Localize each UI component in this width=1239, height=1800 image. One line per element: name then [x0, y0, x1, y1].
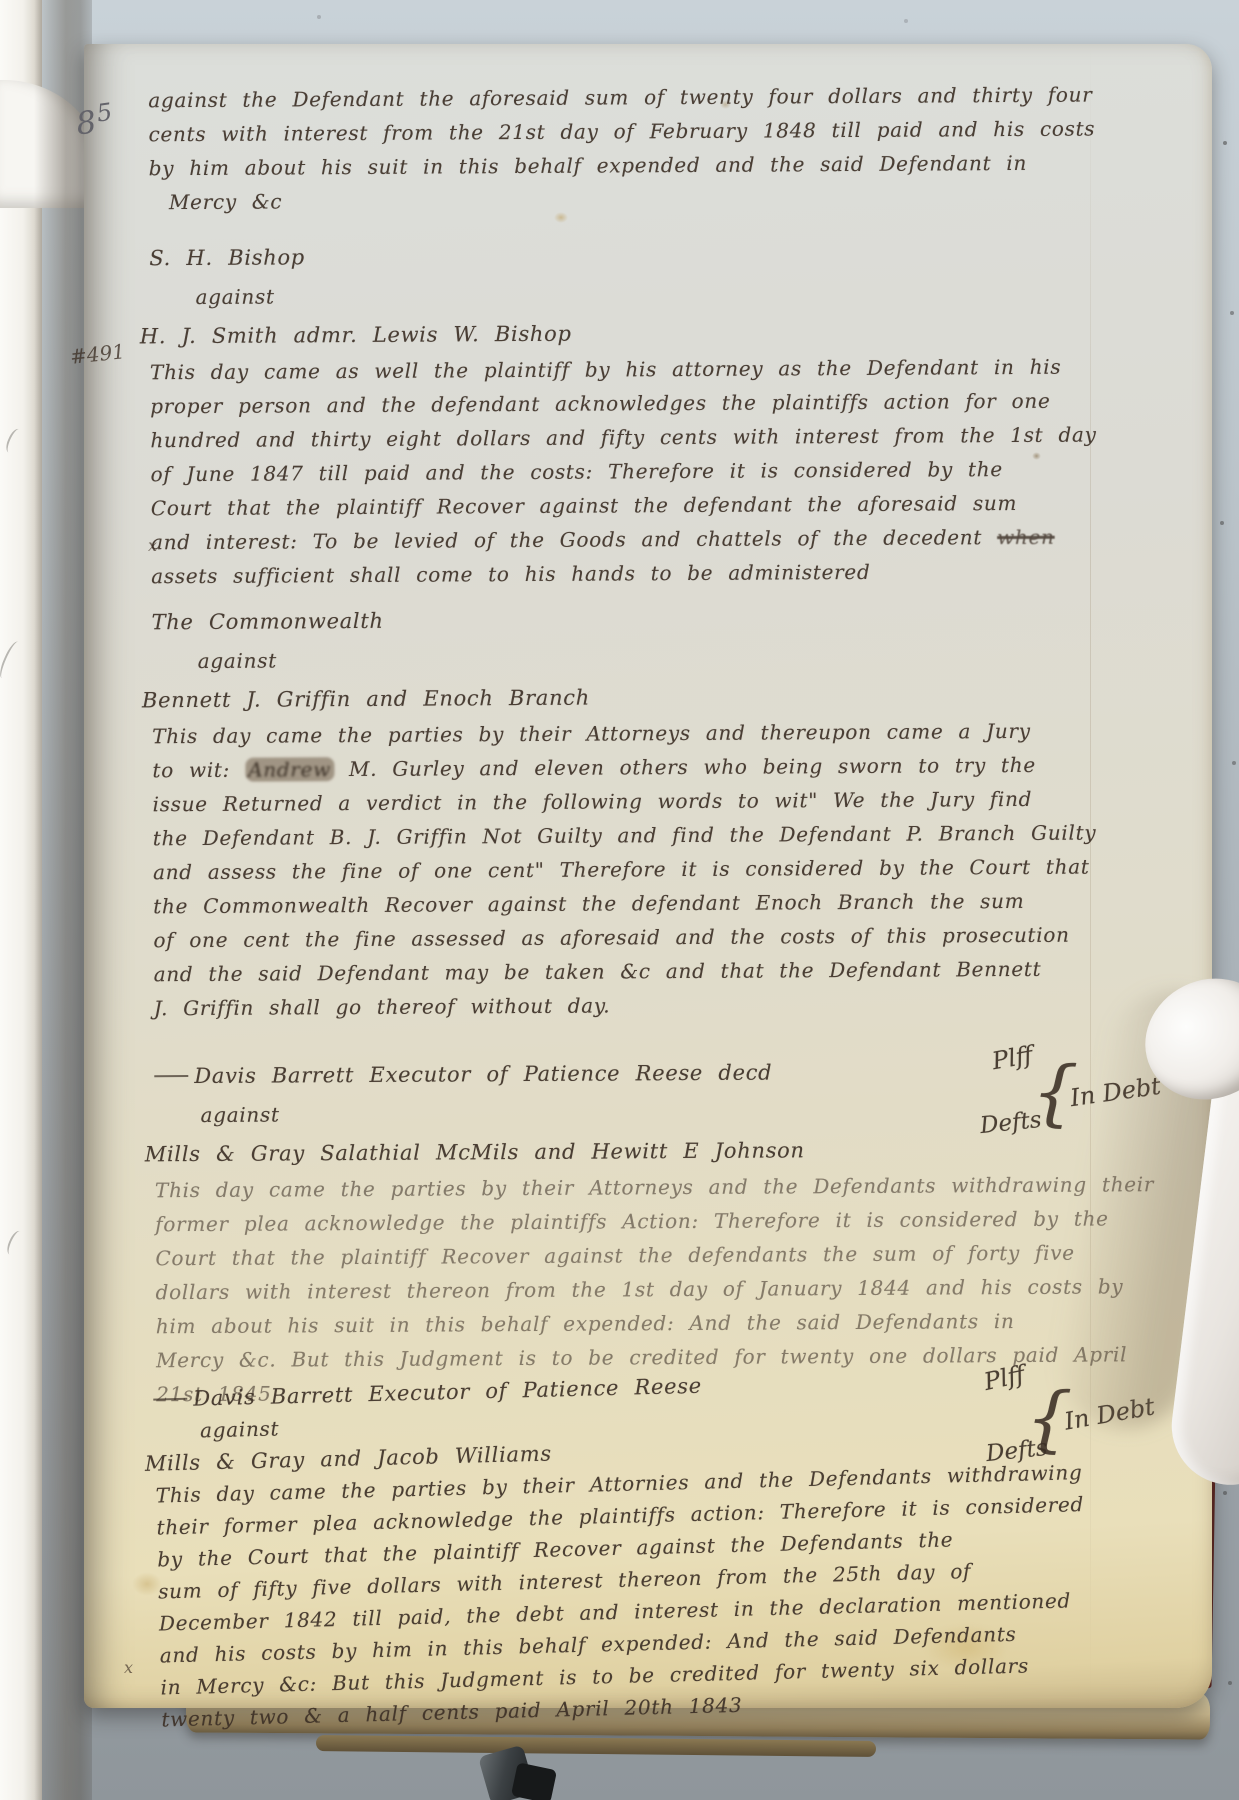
page-block-bottom-edge-shadow [316, 1735, 876, 1757]
case-entry-bishop: S. H. Bishop against H. J. Smith admr. L… [149, 233, 1223, 594]
stand-bar [511, 1762, 557, 1800]
versus-label: against [200, 1089, 1226, 1135]
folio-page-number: 85 [73, 97, 117, 142]
versus-label: against [198, 635, 1224, 681]
judgment-continuation: against the Defendant the aforesaid sum … [148, 77, 1221, 220]
photographed-record-book: 85 #491 x x Plff { In Debt Defts Plff { … [0, 0, 1239, 1800]
margin-case-number: #491 [69, 339, 126, 369]
case-entry-barrett-v-mills-gray-2: Davis Barrett Executor of Patience Reese… [153, 1356, 1234, 1735]
defendant-name: H. J. Smith admr. Lewis W. Bishop [140, 311, 1222, 356]
case-entry-commonwealth: The Commonwealth against Bennett J. Grif… [151, 597, 1226, 1026]
handwritten-line: of one cent the fine assessed as aforesa… [153, 917, 1225, 958]
defendant-name: Mills & Gray Salathial McMils and Hewitt… [145, 1129, 1227, 1174]
handwritten-line: hundred and thirty eight dollars and fif… [150, 417, 1222, 458]
handwritten-line: This day came as well the plaintiff by h… [150, 349, 1222, 390]
handwritten-line: and assess the fine of one cent" Therefo… [153, 849, 1225, 890]
line-text: and interest: To be levied of the Goods … [151, 525, 997, 554]
handwritten-text-layer: against the Defendant the aforesaid sum … [148, 41, 1220, 48]
handwritten-line: Mercy &c [169, 179, 1221, 219]
plaintiff-name: The Commonwealth [151, 597, 1223, 642]
bleed-through-mark [4, 1229, 26, 1258]
line-text: M. Gurley and eleven others who being sw… [334, 753, 1036, 781]
manuscript-page: 85 #491 x x Plff { In Debt Defts Plff { … [84, 44, 1212, 1708]
blotted-name: Andrew [245, 757, 334, 782]
bleed-through-mark [3, 427, 25, 456]
handwritten-line: assets sufficient shall come to his hand… [151, 553, 1223, 594]
margin-check-mark: x [124, 1658, 133, 1677]
line-text: to wit: [152, 758, 245, 783]
bleed-through-mark [0, 639, 24, 680]
plaintiff-name: S. H. Bishop [149, 233, 1221, 278]
folio-number-superscript: 5 [95, 97, 116, 127]
versus-label: against [195, 271, 1221, 317]
book-stand-clip [470, 1748, 562, 1800]
defendant-name: Bennett J. Griffin and Enoch Branch [142, 675, 1224, 720]
handwritten-line: J. Griffin shall go thereof without day. [154, 985, 1226, 1026]
plaintiff-name: Davis Barrett Executor of Patience Reese… [154, 1051, 1226, 1096]
handwritten-line: cents with interest from the 21st day of… [148, 111, 1220, 152]
struck-out-word: when [997, 525, 1055, 549]
